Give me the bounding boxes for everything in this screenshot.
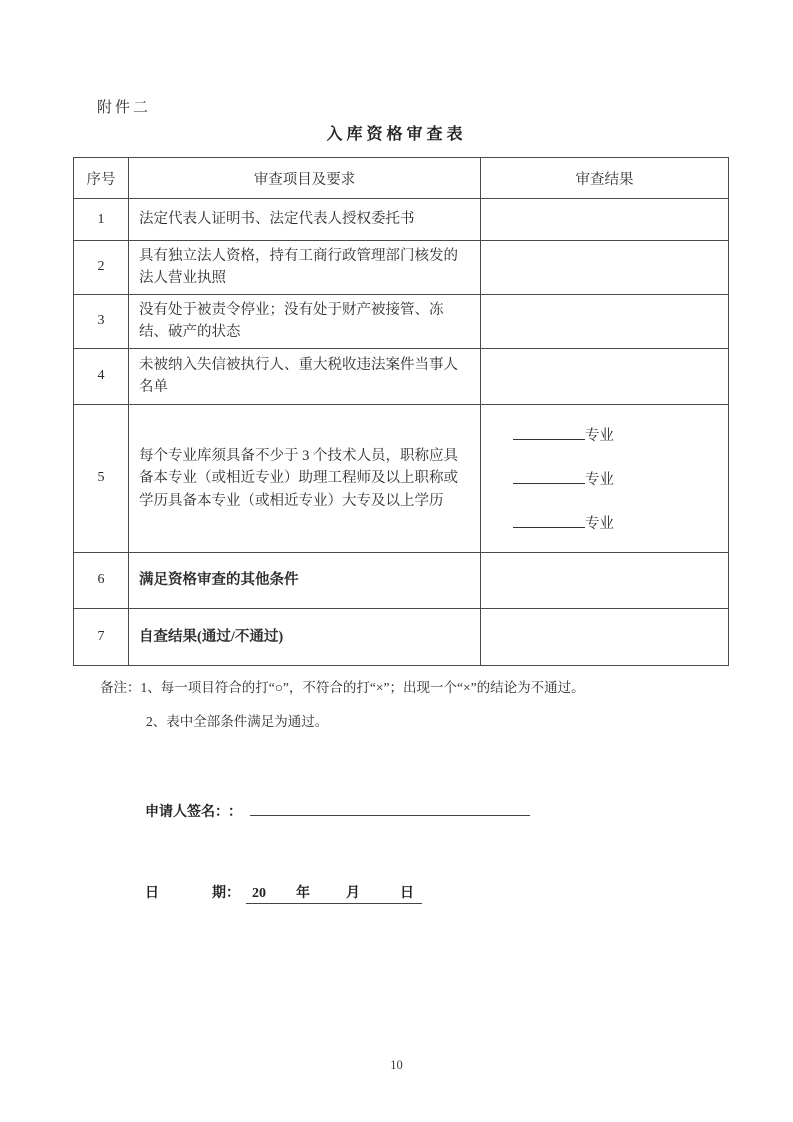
table-row: 2 具有独立法人资格，持有工商行政管理部门核发的法人营业执照: [74, 241, 729, 295]
review-result-cell: [481, 552, 729, 608]
specialty-blank-list: 专业 专业 专业: [487, 424, 722, 533]
review-result-cell: 专业 专业 专业: [481, 404, 729, 552]
review-result-cell: [481, 608, 729, 665]
date-label-qi: 期：: [212, 886, 240, 901]
row-number: 3: [74, 294, 129, 348]
signature-label: 申请人签名：: [145, 805, 222, 820]
review-item-text: 每个专业库须具备不少于 3 个技术人员，职称应具备本专业（或相近专业）助理工程师…: [129, 404, 481, 552]
specialty-fill-field: [513, 469, 585, 484]
column-header-result: 审查结果: [481, 158, 729, 199]
date-day-label: 日: [400, 886, 414, 901]
date-year-prefix: 20: [252, 886, 266, 901]
row-number: 4: [74, 348, 129, 404]
note-line-1: 备注：1、每一项目符合的打“○”，不符合的打“×”；出现一个“×”的结论为不通过…: [100, 679, 585, 698]
specialty-label: 专业: [585, 428, 614, 444]
table-row: 5 每个专业库须具备不少于 3 个技术人员，职称应具备本专业（或相近专业）助理工…: [74, 404, 729, 552]
review-result-cell: [481, 348, 729, 404]
review-result-cell: [481, 241, 729, 295]
review-result-cell: [481, 199, 729, 241]
notes-label: 备注：: [100, 680, 141, 695]
notes-section: 备注：1、每一项目符合的打“○”，不符合的打“×”；出现一个“×”的结论为不通过…: [100, 679, 585, 732]
column-header-item: 审查项目及要求: [129, 158, 481, 199]
page-title: 入库资格审查表: [0, 121, 793, 144]
signature-colon: ：: [228, 805, 242, 820]
date-line: 日期：20年月日: [145, 882, 422, 904]
specialty-blank-line: 专业: [513, 424, 722, 445]
column-header-no: 序号: [74, 158, 129, 199]
review-result-cell: [481, 294, 729, 348]
review-item-text: 具有独立法人资格，持有工商行政管理部门核发的法人营业执照: [129, 241, 481, 295]
specialty-fill-field: [513, 513, 585, 528]
row-number: 6: [74, 552, 129, 608]
note-line-2: 2、表中全部条件满足为通过。: [100, 713, 585, 732]
row-number: 7: [74, 608, 129, 665]
specialty-fill-field: [513, 425, 585, 440]
date-fill-field: 20年月日: [246, 882, 422, 904]
review-item-text: 满足资格审查的其他条件: [129, 552, 481, 608]
page-number: 10: [0, 1058, 793, 1073]
date-year-label: 年: [296, 886, 310, 901]
specialty-blank-line: 专业: [513, 468, 722, 489]
specialty-blank-line: 专业: [513, 512, 722, 533]
row-number: 2: [74, 241, 129, 295]
table-row: 1 法定代表人证明书、法定代表人授权委托书: [74, 199, 729, 241]
attachment-label: 附件二: [97, 96, 151, 117]
document-page: 附件二 入库资格审查表 序号 审查项目及要求 审查结果 1 法定代表人证明书、法…: [0, 0, 793, 1122]
review-item-text: 未被纳入失信被执行人、重大税收违法案件当事人名单: [129, 348, 481, 404]
note-text: 2、表中全部条件满足为通过。: [146, 714, 328, 729]
signature-fill-field: [250, 801, 530, 816]
specialty-label: 专业: [585, 516, 614, 532]
table-row: 6 满足资格审查的其他条件: [74, 552, 729, 608]
review-item-text: 自查结果(通过/不通过): [129, 608, 481, 665]
applicant-signature-line: 申请人签名：：: [145, 801, 530, 821]
review-item-text: 没有处于被责令停业；没有处于财产被接管、冻结、破产的状态: [129, 294, 481, 348]
row-number: 1: [74, 199, 129, 241]
date-label-day-char: 日: [145, 886, 159, 901]
table-row: 3 没有处于被责令停业；没有处于财产被接管、冻结、破产的状态: [74, 294, 729, 348]
date-month-label: 月: [346, 886, 360, 901]
table-row: 7 自查结果(通过/不通过): [74, 608, 729, 665]
note-text: 1、每一项目符合的打“○”，不符合的打“×”；出现一个“×”的结论为不通过。: [141, 680, 585, 695]
table-header-row: 序号 审查项目及要求 审查结果: [74, 158, 729, 199]
specialty-label: 专业: [585, 472, 614, 488]
review-item-text: 法定代表人证明书、法定代表人授权委托书: [129, 199, 481, 241]
review-table: 序号 审查项目及要求 审查结果 1 法定代表人证明书、法定代表人授权委托书 2 …: [73, 157, 729, 666]
row-number: 5: [74, 404, 129, 552]
table-row: 4 未被纳入失信被执行人、重大税收违法案件当事人名单: [74, 348, 729, 404]
